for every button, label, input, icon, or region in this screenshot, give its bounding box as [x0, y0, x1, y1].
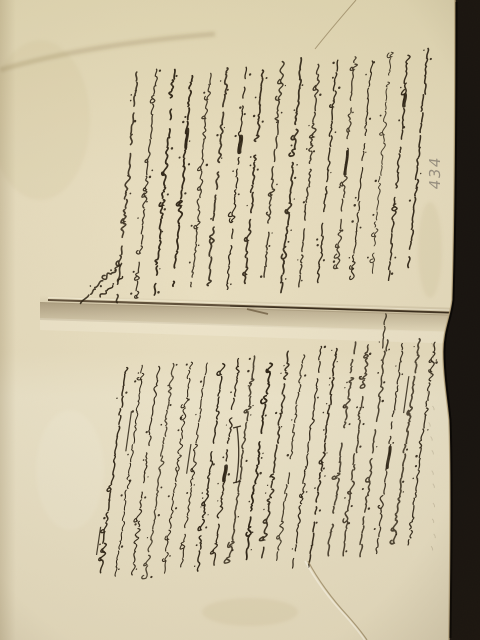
paper-grain — [0, 0, 480, 640]
manuscript-scene: 434 — [0, 0, 480, 640]
manuscript-photograph: 434 — [0, 0, 480, 640]
